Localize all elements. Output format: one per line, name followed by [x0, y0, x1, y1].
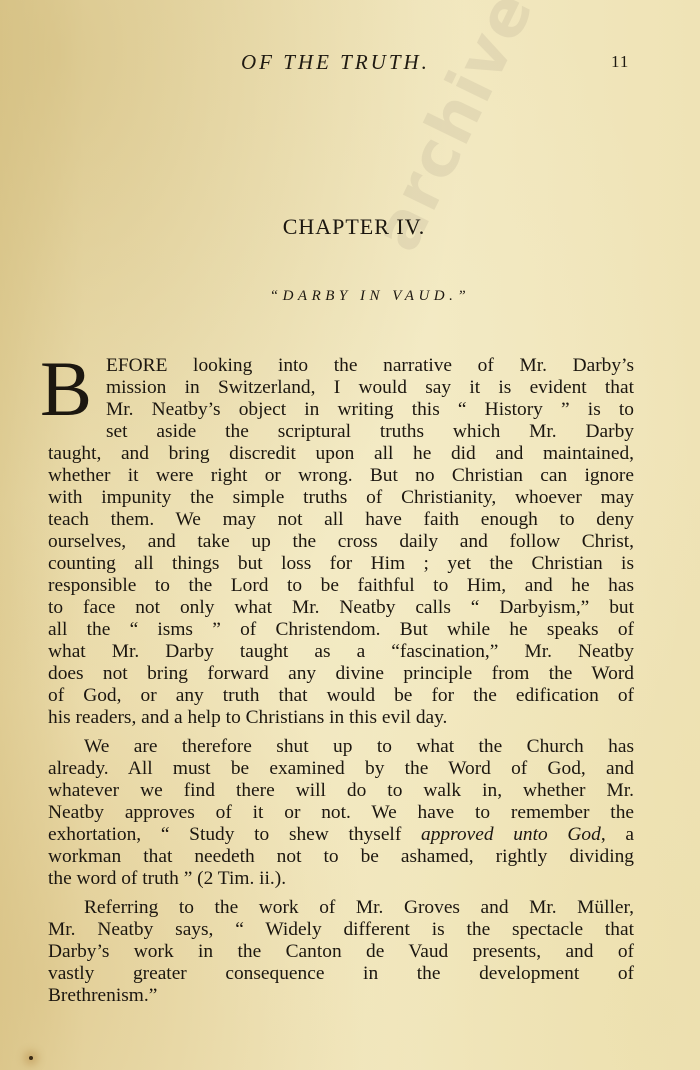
text-line: responsible to the Lord to be faithful t… — [48, 575, 634, 597]
text-line: of God, or any truth that would be for t… — [48, 685, 634, 707]
drop-cap: B — [40, 357, 92, 421]
text-line: ourselves, and take up the cross daily a… — [48, 531, 634, 553]
text-line: mission in Switzerland, I would say it i… — [106, 377, 634, 399]
text-line: Mr. Neatby’s object in writing this “ Hi… — [106, 399, 634, 421]
italic-scripture-quote: approved unto God — [421, 824, 601, 845]
text-line: to face not only what Mr. Neatby calls “… — [48, 597, 634, 619]
text-line: whether it were right or wrong. But no C… — [48, 465, 634, 487]
book-page: archive.org OF THE TRUTH. 11 CHAPTER IV.… — [0, 0, 700, 1070]
text-line: Mr. Neatby says, “ Widely different is t… — [48, 919, 634, 941]
text-line: does not bring forward any divine princi… — [48, 663, 634, 685]
paragraph-gap — [48, 729, 634, 736]
text-line: Darby’s work in the Canton de Vaud prese… — [48, 941, 634, 963]
text-line: counting all things but loss for Him ; y… — [48, 553, 634, 575]
text-line: Referring to the work of Mr. Groves and … — [48, 897, 634, 919]
body-text: B EFORE looking into the narrative of Mr… — [48, 355, 634, 1007]
text-line: EFORE looking into the narrative of Mr. … — [106, 355, 634, 377]
text-line: already. All must be examined by the Wor… — [48, 758, 634, 780]
chapter-subtitle: “DARBY IN VAUD.” — [0, 288, 700, 305]
text-line-with-italic: exhortation, “ Study to shew thyself app… — [48, 824, 634, 846]
chapter-title: CHAPTER IV. — [0, 214, 700, 240]
text-line: Neatby approves of it or not. We have to… — [48, 802, 634, 824]
text-line: Brethrenism.” — [48, 985, 634, 1007]
paragraph-3: Referring to the work of Mr. Groves and … — [48, 897, 634, 1007]
paper-stain — [29, 1056, 33, 1060]
text-line: whatever we find there will do to walk i… — [48, 780, 634, 802]
paragraph-2: We are therefore shut up to what the Chu… — [48, 736, 634, 890]
text-line: We are therefore shut up to what the Chu… — [48, 736, 634, 758]
paragraph-1: B EFORE looking into the narrative of Mr… — [48, 355, 634, 729]
text-line: what Mr. Darby taught as a “fascination,… — [48, 641, 634, 663]
text-line: teach them. We may not all have faith en… — [48, 509, 634, 531]
text-line: his readers, and a help to Christians in… — [48, 707, 634, 729]
text-line: vastly greater consequence in the develo… — [48, 963, 634, 985]
text-line: the word of truth ” (2 Tim. ii.). — [48, 868, 634, 890]
paragraph-gap — [48, 890, 634, 897]
text-line: set aside the scriptural truths which Mr… — [106, 421, 634, 443]
text-segment: exhortation, “ Study to shew thyself — [48, 824, 421, 845]
running-head: OF THE TRUTH. — [241, 50, 430, 75]
text-line: workman that needeth not to be ashamed, … — [48, 846, 634, 868]
page-number: 11 — [611, 52, 629, 72]
text-line: taught, and bring discredit upon all he … — [48, 443, 634, 465]
text-segment: , a — [601, 824, 634, 845]
text-line: with impunity the simple truths of Chris… — [48, 487, 634, 509]
text-line: all the “ isms ” of Christendom. But whi… — [48, 619, 634, 641]
